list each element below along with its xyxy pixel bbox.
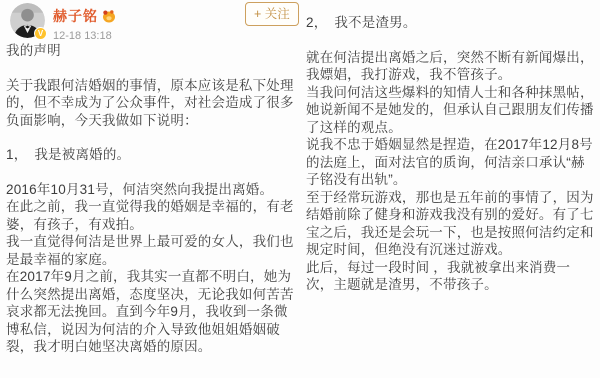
statement-paragraph: 1， 我是被离婚的。 <box>6 146 297 164</box>
statement-paragraph: 我的声明 <box>6 42 297 60</box>
membership-badge-icon <box>102 9 116 23</box>
statement-paragraph: 2016年10月31号，何洁突然向我提出离婚。 <box>6 181 297 199</box>
avatar[interactable]: V <box>10 3 45 38</box>
statement-paragraph: 此后，每过一段时间 ，我就被拿出来消费一次，主题就是渣男，不带孩子。 <box>306 259 596 294</box>
statement-paragraph: 在此之前，我一直觉得我的婚姻是幸福的，有老婆，有孩子，有戏拍。 <box>6 198 297 233</box>
statement-paragraph: 关于我跟何洁婚姻的事情，原本应该是私下处理的，但不幸成为了公众事件，对社会造成了… <box>6 77 297 130</box>
statement-paragraph: 说我不忠于婚姻显然是捏造，在2017年12月8号的法庭上，面对法官的质询，何洁亲… <box>306 136 596 189</box>
statement-paragraph: 2， 我不是渣男。 <box>306 14 596 32</box>
statement-left-column: 我的声明关于我跟何洁婚姻的事情，原本应该是私下处理的，但不幸成为了公众事件，对社… <box>6 42 297 356</box>
statement-paragraph: 我一直觉得何洁是世界上最可爱的女人，我们也是最幸福的家庭。 <box>6 233 297 268</box>
statement-right-column: 2， 我不是渣男。就在何洁提出离婚之后，突然不断有新闻爆出，我嫖娼，我打游戏，我… <box>306 14 596 294</box>
statement-paragraph: 至于经常玩游戏，那也是五年前的事情了，因为结婚前除了健身和游戏我没有别的爱好。有… <box>306 189 596 259</box>
author-block: 赫子铭 12-18 13:18 <box>53 6 116 42</box>
statement-paragraph: 当我问何洁这些爆料的知情人士和各种抹黑帖，她说新闻不是她发的，但承认自己跟朋友们… <box>306 84 596 137</box>
timestamp: 12-18 13:18 <box>53 30 116 42</box>
statement-paragraph: 在2017年9月之前，我其实一直都不明白，她为什么突然提出离婚，态度坚决，无论我… <box>6 268 297 356</box>
follow-button[interactable]: + 关注 <box>245 2 299 26</box>
weibo-post: V 赫子铭 12-18 13:18 + 关注 我的声明关于我跟何洁婚姻的事情，原… <box>0 0 600 378</box>
verified-badge-icon: V <box>34 27 47 40</box>
author-name[interactable]: 赫子铭 <box>53 6 98 26</box>
statement-paragraph: 就在何洁提出离婚之后，突然不断有新闻爆出，我嫖娼，我打游戏，我不管孩子。 <box>306 49 596 84</box>
